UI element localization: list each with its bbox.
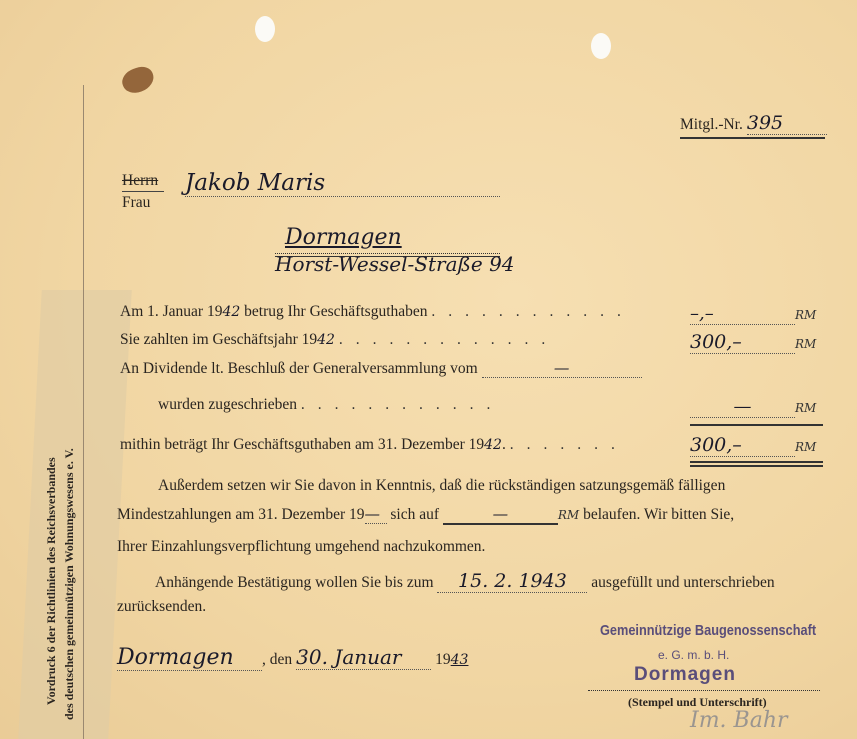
stamp-line-2: e. G. m. b. H. <box>658 648 729 662</box>
recipient-city: Dormagen <box>285 225 402 250</box>
recipient-street: Horst-Wessel-Straße 94 <box>275 252 515 276</box>
margin-line <box>83 85 84 739</box>
salutation-struck: Herrn <box>122 172 158 190</box>
punch-hole-left <box>255 16 275 42</box>
statement-line-4: wurden zugeschrieben ............ <box>158 396 503 414</box>
member-number: Mitgl.-Nr. 395 <box>680 112 827 135</box>
amount-line-1: –,–RM <box>690 303 816 325</box>
date: 30. Januar <box>296 645 431 670</box>
statement-line-5: mithin beträgt Ihr Geschäftsguthaben am … <box>120 436 628 454</box>
statement-line-3: An Dividende lt. Beschluß der Generalver… <box>120 359 642 378</box>
place-date: Dormagen, den 30. Januar 1943 <box>117 645 468 671</box>
sum-line <box>690 424 823 426</box>
member-number-value: 395 <box>747 112 827 135</box>
place: Dormagen <box>117 645 262 671</box>
salutation-divider <box>122 191 164 192</box>
punch-hole-right <box>591 33 611 59</box>
member-underline <box>680 137 825 139</box>
signature-line <box>588 690 820 691</box>
signature: Im. Bahr <box>690 708 788 733</box>
notice-line-1: Außerdem setzen wir Sie davon in Kenntni… <box>158 477 725 495</box>
amount-line-5: 300,–RM <box>690 434 816 457</box>
statement-line-2: Sie zahlten im Geschäftsjahr 1942 ......… <box>120 331 558 349</box>
statement-line-1: Am 1. Januar 1942 betrug Ihr Geschäftsgu… <box>120 303 634 321</box>
notice-line-2: Mindestzahlungen am 31. Dezember 19— sic… <box>117 505 734 525</box>
notice-line-4: Anhängende Bestätigung wollen Sie bis zu… <box>155 570 775 593</box>
notice-line-5: zurücksenden. <box>117 598 206 616</box>
stamp-line-3: Dormagen <box>634 664 736 686</box>
amount-line-4: —RM <box>690 396 816 418</box>
stamp-line-1: Gemeinnützige Baugenossenschaft <box>600 622 816 639</box>
recipient-name: Jakob Maris <box>185 170 500 197</box>
member-number-label: Mitgl.-Nr. <box>680 116 743 133</box>
total-double-line <box>690 461 823 467</box>
stain <box>119 63 157 96</box>
notice-line-3: Ihrer Einzahlungsverpflichtung umgehend … <box>117 538 485 556</box>
side-print-line1: Vordruck 6 der Richtlinien des Reichsver… <box>44 457 59 705</box>
salutation: Frau <box>122 194 150 212</box>
side-print-line2: des deutschen gemeinnützigen Wohnungswes… <box>62 448 77 720</box>
amount-line-2: 300,–RM <box>690 331 816 354</box>
